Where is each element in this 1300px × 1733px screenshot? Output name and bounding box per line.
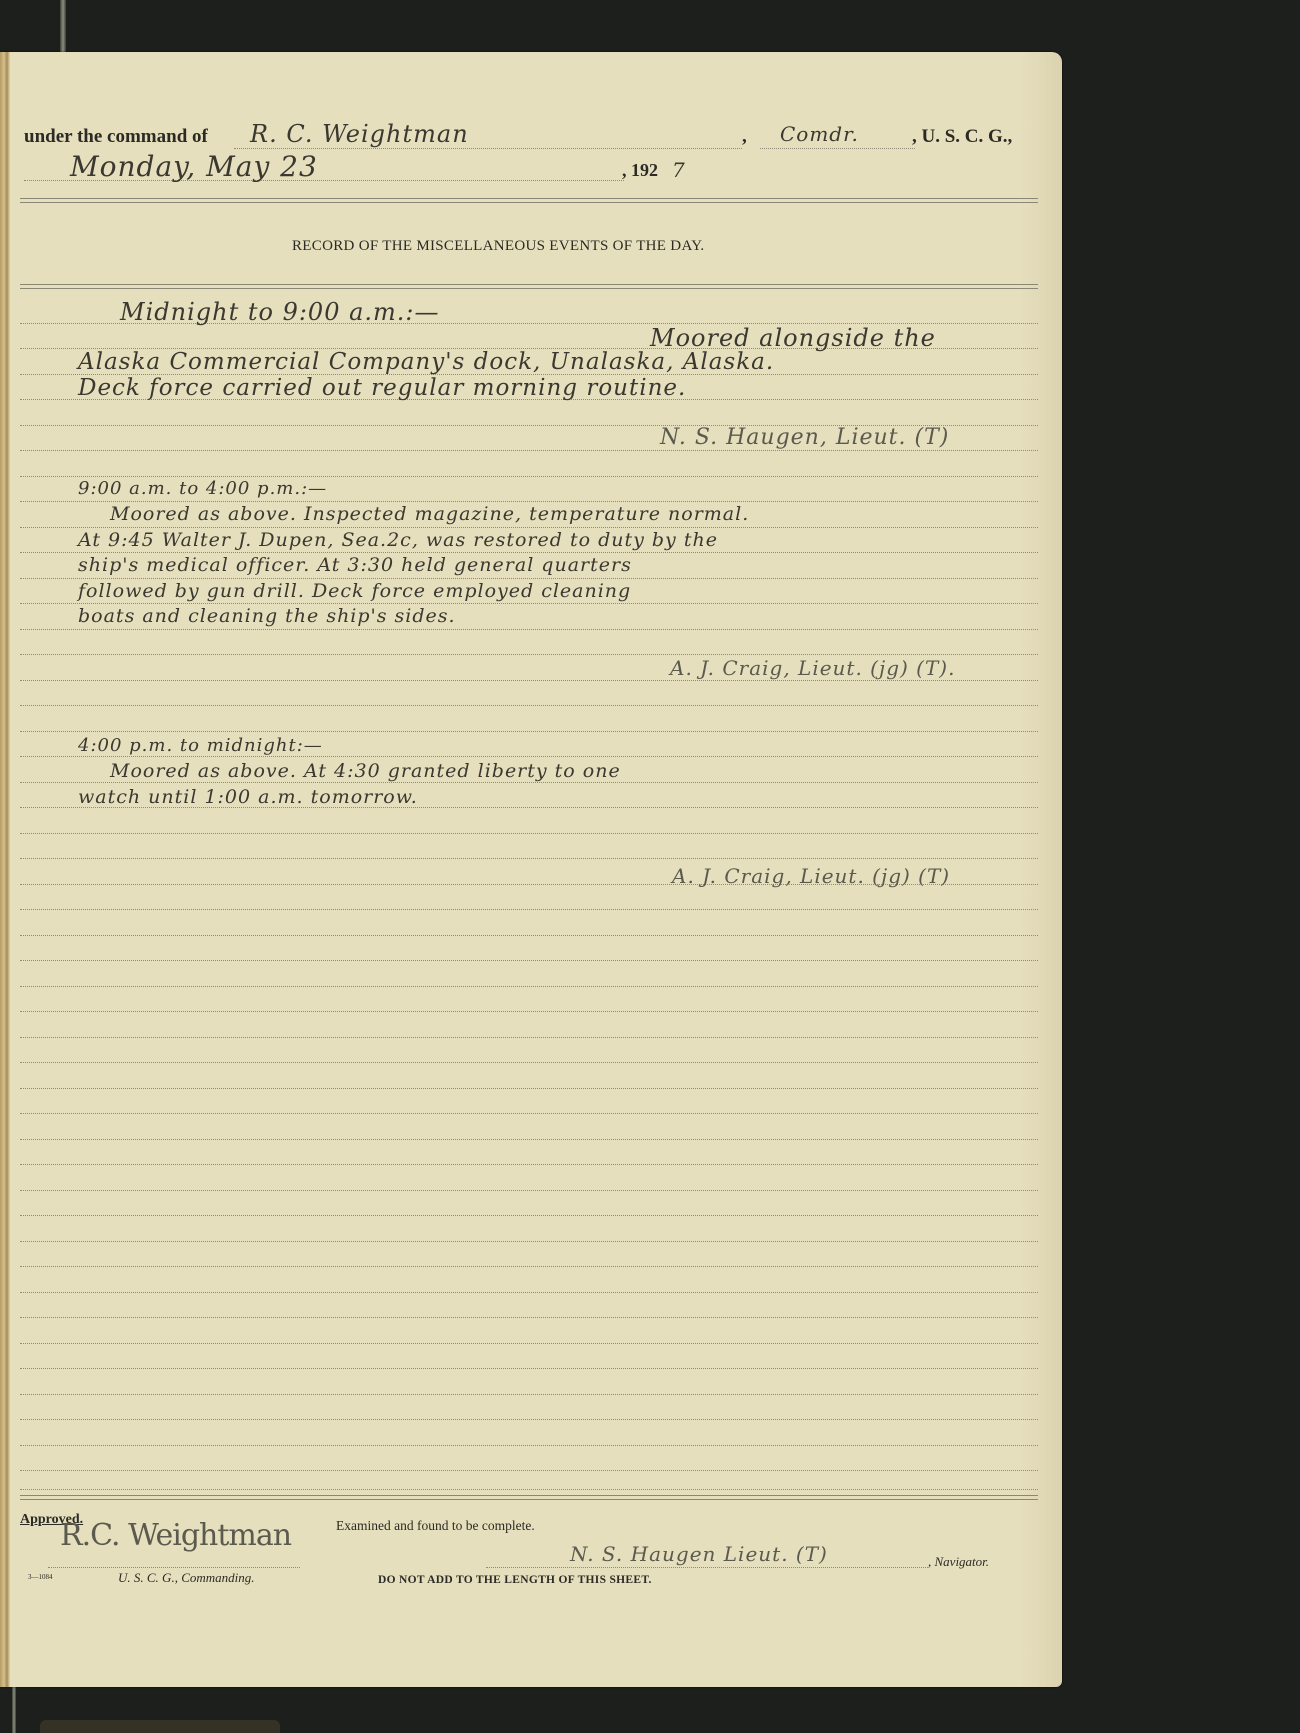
watch-officer-signature: A. J. Craig, Lieut. (jg) (T).	[670, 656, 955, 680]
commanding-label: U. S. C. G., Commanding.	[118, 1570, 255, 1586]
watch-heading: 9:00 a.m. to 4:00 p.m.:—	[78, 478, 327, 499]
commanding-sign-line	[48, 1567, 300, 1568]
watch-line: Deck force carried out regular morning r…	[78, 375, 686, 401]
sheet-length-notice: DO NOT ADD TO THE LENGTH OF THIS SHEET.	[378, 1574, 652, 1586]
watch-line: ship's medical officer. At 3:30 held gen…	[78, 554, 632, 576]
watch-line: At 9:45 Walter J. Dupen, Sea.2c, was res…	[78, 529, 718, 551]
watch-officer-signature: A. J. Craig, Lieut. (jg) (T)	[672, 864, 950, 888]
watch-line: Alaska Commercial Company's dock, Unalas…	[78, 349, 774, 375]
watch-line: boats and cleaning the ship's sides.	[78, 605, 456, 627]
form-number: 3—1084	[28, 1573, 53, 1581]
examined-label: Examined and found to be complete.	[336, 1518, 535, 1534]
watch-heading: Midnight to 9:00 a.m.:—	[120, 298, 440, 326]
watch-heading: 4:00 p.m. to midnight:—	[78, 735, 323, 756]
watch-line: Moored as above. Inspected magazine, tem…	[110, 503, 749, 525]
page-binding-edge	[0, 52, 10, 1687]
commanding-officer-signature: R.C. Weightman	[60, 1518, 291, 1553]
watch-line: Moored alongside the	[650, 324, 936, 352]
book-cover-edge	[40, 1720, 280, 1733]
navigator-sign-line	[486, 1567, 928, 1568]
navigator-signature: N. S. Haugen Lieut. (T)	[570, 1542, 828, 1566]
footer-double-rule	[20, 1495, 1038, 1500]
watch-line: Moored as above. At 4:30 granted liberty…	[110, 760, 621, 782]
watch-line: followed by gun drill. Deck force employ…	[78, 580, 631, 602]
navigator-label: , Navigator.	[928, 1554, 989, 1570]
log-sheet: under the command of R. C. Weightman , C…	[0, 52, 1062, 1687]
watch-officer-signature: N. S. Haugen, Lieut. (T)	[660, 425, 949, 450]
watch-line: watch until 1:00 a.m. tomorrow.	[78, 786, 418, 808]
